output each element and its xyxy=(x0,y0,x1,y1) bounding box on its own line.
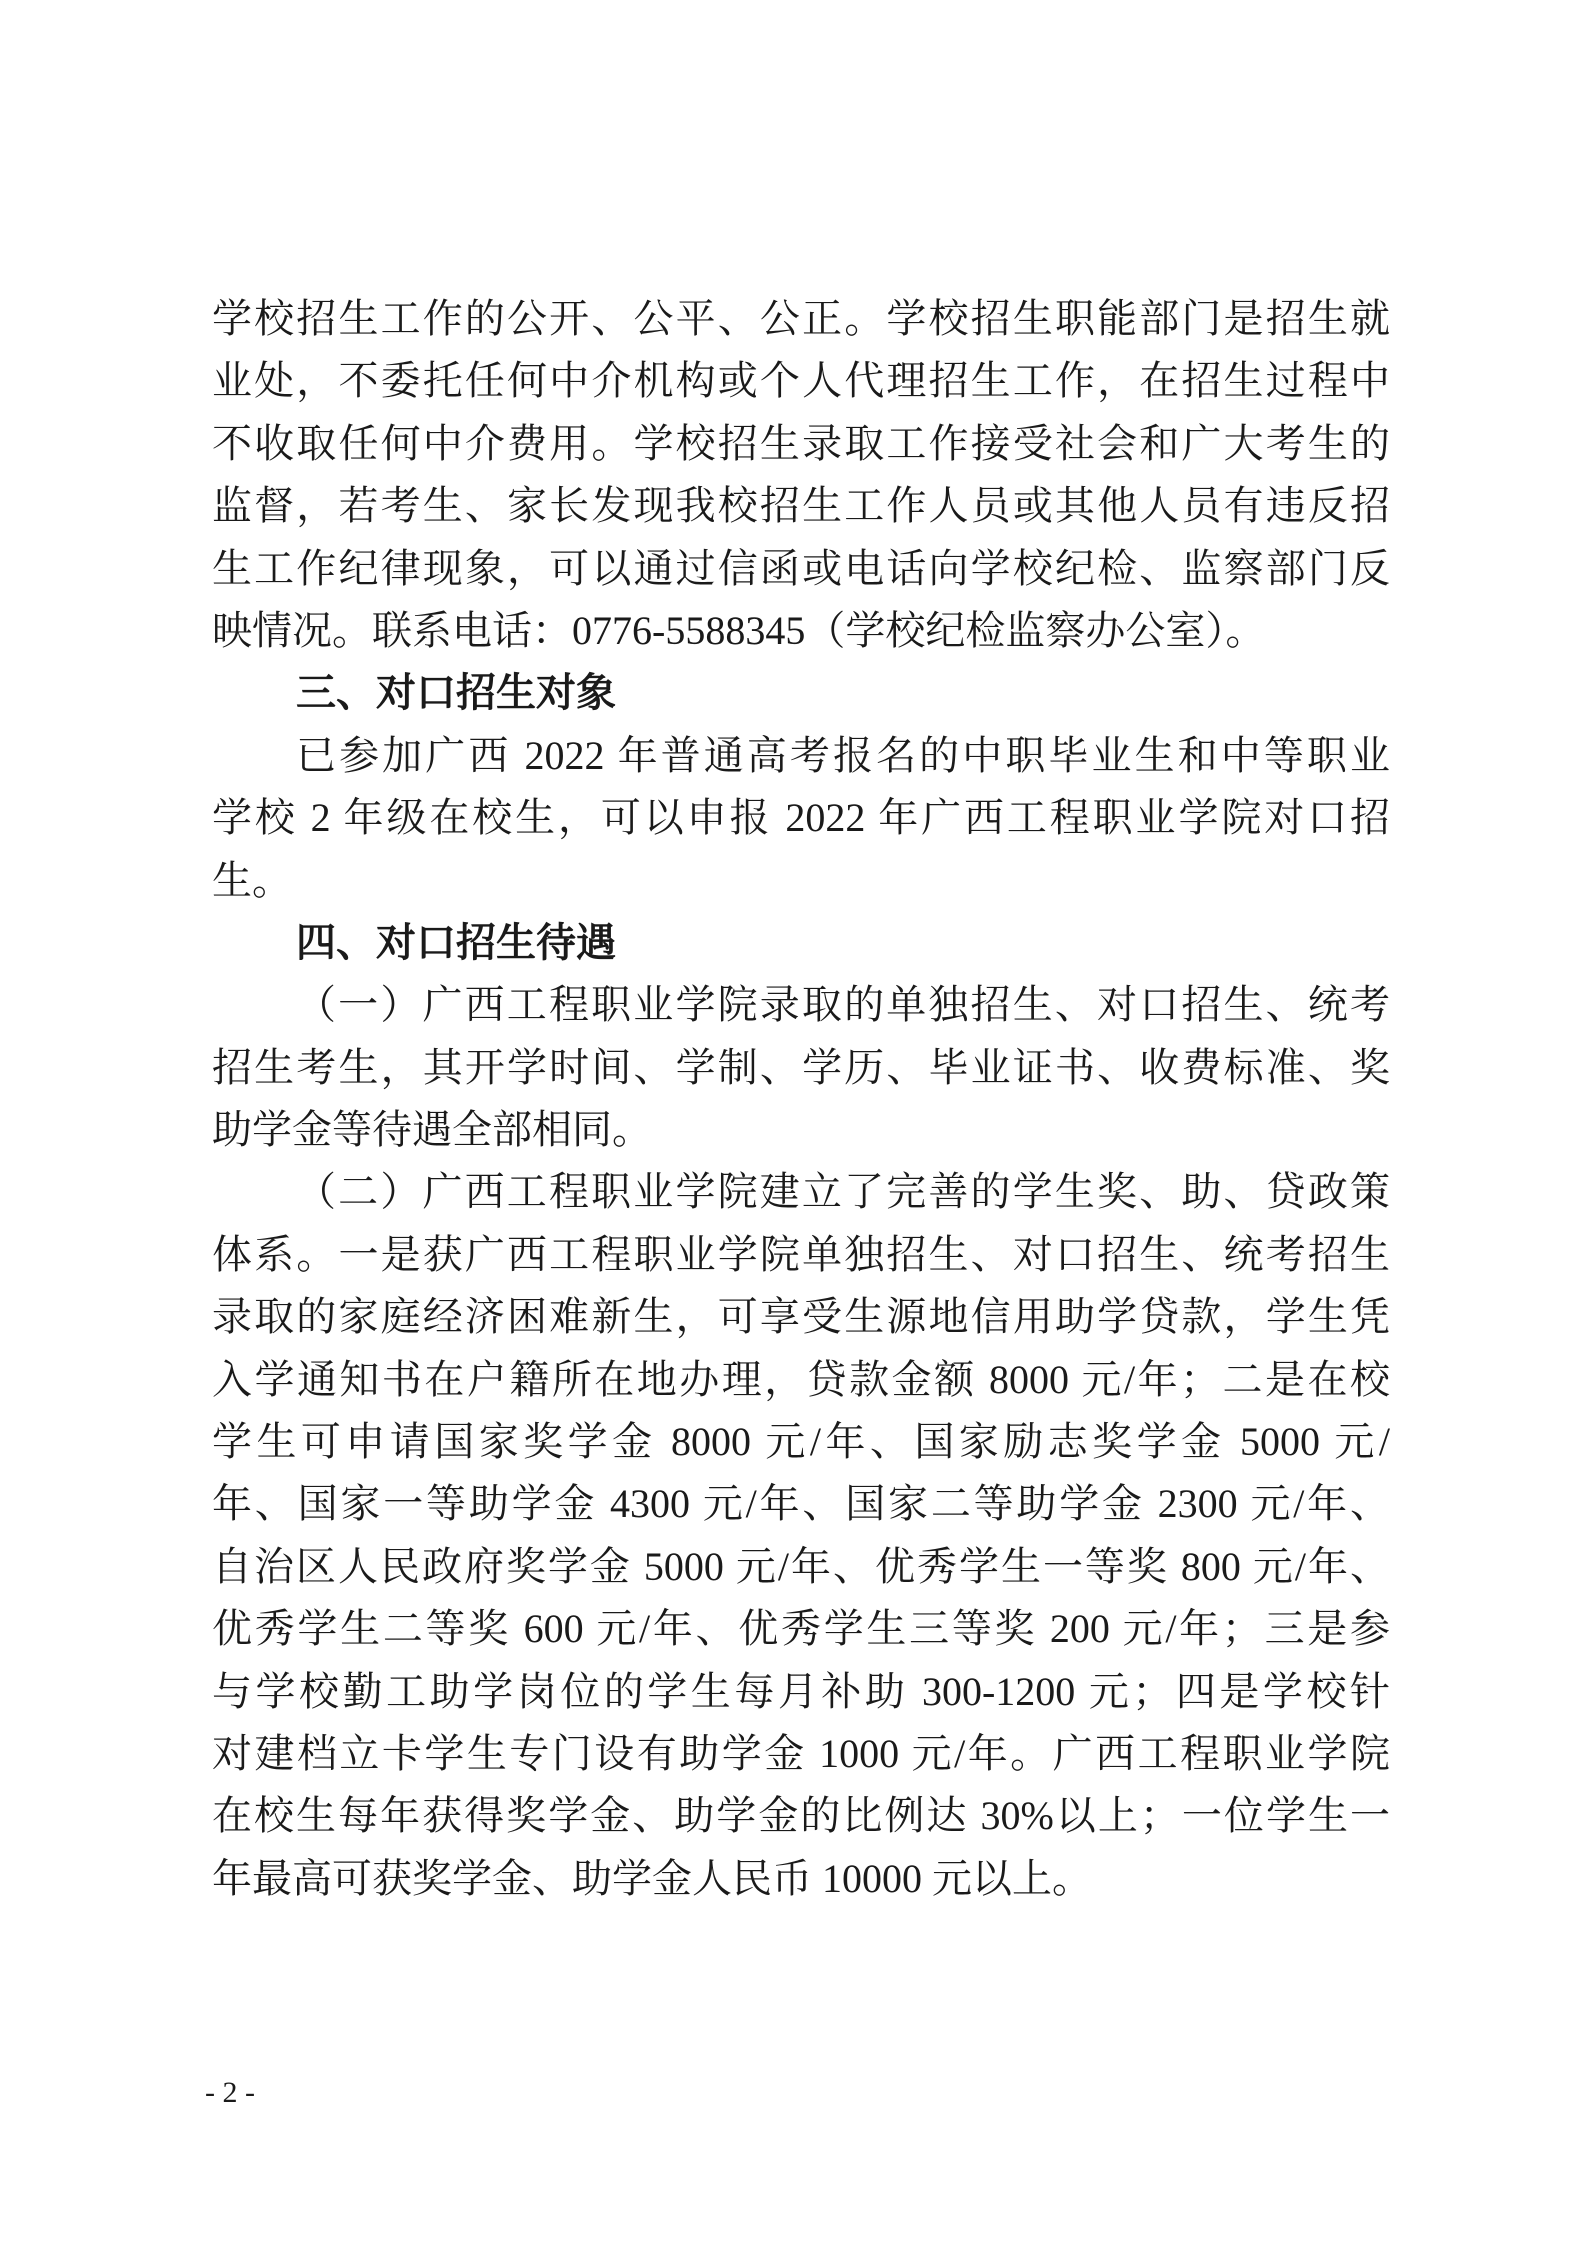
paragraph-line: 不收取任何中介费用。学校招生录取工作接受社会和广大考生的 xyxy=(212,413,1390,475)
paragraph-line: 招生考生，其开学时间、学制、学历、毕业证书、收费标准、奖 xyxy=(212,1037,1390,1099)
paragraph-line: 学生可申请国家奖学金 8000 元/年、国家励志奖学金 5000 元/ xyxy=(212,1411,1390,1473)
paragraph-line: 与学校勤工助学岗位的学生每月补助 300-1200 元；四是学校针 xyxy=(212,1661,1390,1723)
section-heading-4: 四、对口招生待遇 xyxy=(212,912,1390,974)
paragraph-line: 年最高可获奖学金、助学金人民币 10000 元以上。 xyxy=(212,1848,1390,1910)
paragraph-line: 业处，不委托任何中介机构或个人代理招生工作，在招生过程中 xyxy=(212,350,1390,412)
paragraph-line: 助学金等待遇全部相同。 xyxy=(212,1099,1390,1161)
paragraph-line: 优秀学生二等奖 600 元/年、优秀学生三等奖 200 元/年；三是参 xyxy=(212,1598,1390,1660)
paragraph-line: 对建档立卡学生专门设有助学金 1000 元/年。广西工程职业学院 xyxy=(212,1723,1390,1785)
paragraph-line: 年、国家一等助学金 4300 元/年、国家二等助学金 2300 元/年、 xyxy=(212,1473,1390,1535)
paragraph-line: 监督，若考生、家长发现我校招生工作人员或其他人员有违反招 xyxy=(212,475,1390,537)
paragraph-line: 体系。一是获广西工程职业学院单独招生、对口招生、统考招生 xyxy=(212,1224,1390,1286)
document-page: 学校招生工作的公开、公平、公正。学校招生职能部门是招生就 业处，不委托任何中介机… xyxy=(0,0,1587,2245)
paragraph-line: 学校招生工作的公开、公平、公正。学校招生职能部门是招生就 xyxy=(212,288,1390,350)
page-number: - 2 - xyxy=(205,2072,255,2114)
paragraph-line: 入学通知书在户籍所在地办理，贷款金额 8000 元/年；二是在校 xyxy=(212,1349,1390,1411)
paragraph-line: 生工作纪律现象，可以通过信函或电话向学校纪检、监察部门反 xyxy=(212,538,1390,600)
paragraph-line: 生。 xyxy=(212,850,1390,912)
paragraph-line: 已参加广西 2022 年普通高考报名的中职毕业生和中等职业 xyxy=(212,725,1390,787)
paragraph-line: （一）广西工程职业学院录取的单独招生、对口招生、统考 xyxy=(212,974,1390,1036)
body-text: 学校招生工作的公开、公平、公正。学校招生职能部门是招生就 业处，不委托任何中介机… xyxy=(212,288,1390,1910)
paragraph-line: （二）广西工程职业学院建立了完善的学生奖、助、贷政策 xyxy=(212,1161,1390,1223)
paragraph-line: 自治区人民政府奖学金 5000 元/年、优秀学生一等奖 800 元/年、 xyxy=(212,1536,1390,1598)
paragraph-line: 在校生每年获得奖学金、助学金的比例达 30%以上；一位学生一 xyxy=(212,1785,1390,1847)
paragraph-line: 映情况。联系电话：0776-5588345（学校纪检监察办公室）。 xyxy=(212,600,1390,662)
paragraph-line: 学校 2 年级在校生，可以申报 2022 年广西工程职业学院对口招 xyxy=(212,787,1390,849)
section-heading-3: 三、对口招生对象 xyxy=(212,662,1390,724)
paragraph-line: 录取的家庭经济困难新生，可享受生源地信用助学贷款，学生凭 xyxy=(212,1286,1390,1348)
